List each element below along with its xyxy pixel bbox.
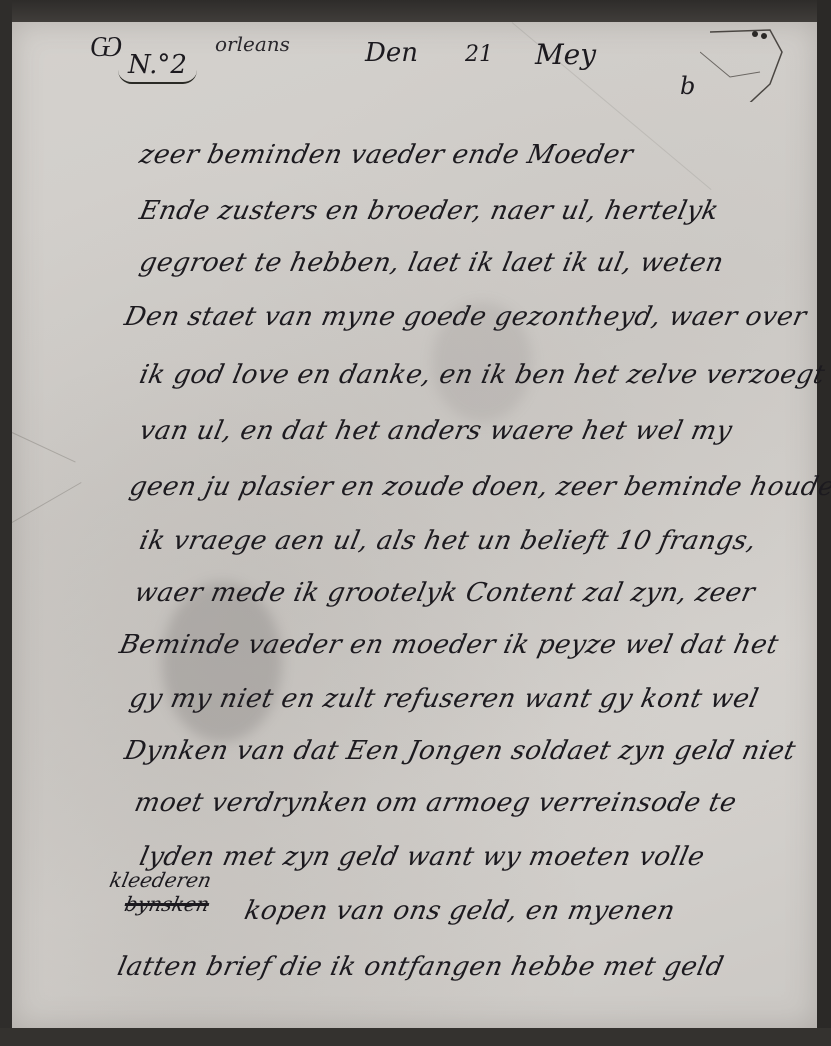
letter-line: lyden met zyn geld want wy moeten volle [137, 842, 708, 872]
paper-crease [12, 482, 82, 523]
letter-line: Dynken van dat Een Jongen soldaet zyn ge… [122, 736, 799, 766]
photo-frame-bottom [0, 1028, 831, 1046]
photo-frame-right [817, 0, 831, 1046]
photo-frame-top [0, 0, 831, 22]
letter-line: zeer beminden vaeder ende Moeder [137, 140, 636, 170]
letter-line: van ul, en dat het anders waere het wel … [137, 416, 735, 446]
heading-place: orleans [215, 32, 290, 56]
letter-line: latten brief die ik ontfangen hebbe met … [115, 952, 727, 982]
torn-corner-icon [700, 22, 790, 102]
letter-line: ik god love en danke, en ik ben het zelv… [137, 360, 828, 390]
heading-day: 21 [465, 42, 493, 67]
letter-line: moet verdrynken om armoeg verreinsode te [132, 788, 740, 818]
heading-den: Den [365, 38, 418, 68]
letter-number: N.°2 [118, 50, 197, 84]
letter-line: gegroet te hebben, laet ik laet ik ul, w… [137, 248, 727, 278]
photo-frame-left [0, 0, 12, 1046]
letter-line: kopen van ons geld, en myenen [242, 896, 678, 926]
heading-mark: b [680, 72, 695, 100]
letter-line: Den staet van myne goede gezontheyd, wae… [122, 302, 810, 332]
letter-line: Beminde vaeder en moeder ik peyze wel da… [117, 630, 782, 660]
letter-line: ik vraege aen ul, als het un belieft 10 … [137, 526, 759, 556]
letter-line: Ende zusters en broeder, naer ul, hertel… [137, 196, 722, 226]
inserted-word: kleederen [107, 868, 213, 892]
letter-line: gy my niet en zult refuseren want gy kon… [127, 684, 761, 714]
heading-month: Mey [535, 38, 596, 71]
struck-word: bynsken [122, 892, 211, 916]
paper-crease [12, 432, 76, 462]
letter-line: waer mede ik grootelyk Content zal zyn, … [132, 578, 758, 608]
letter-line: geen ju plasier en zoude doen, zeer bemi… [127, 472, 831, 502]
